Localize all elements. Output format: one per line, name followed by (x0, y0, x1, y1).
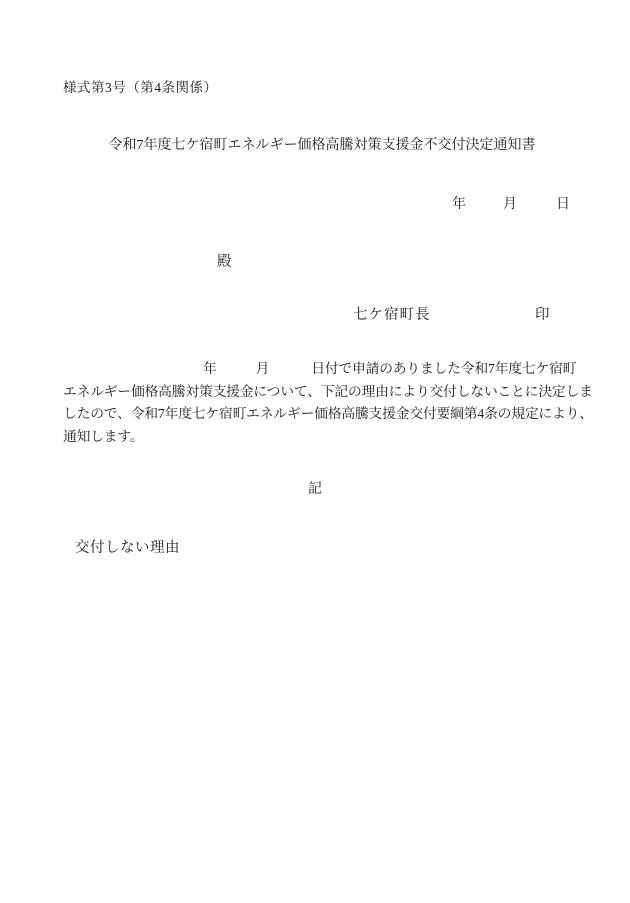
date-line: 年月日 (452, 193, 570, 213)
sender-title: 七ケ宿町長 (353, 307, 431, 323)
body-line-1: 年月日付で申請のありました令和7年度七ケ宿町 (63, 358, 575, 381)
document-title: 令和7年度七ケ宿町エネルギー価格高騰対策支援金不交付決定通知書 (0, 134, 630, 154)
body-year-label: 年 (203, 361, 217, 376)
document-page: 様式第3号（第4条関係） 令和7年度七ケ宿町エネルギー価格高騰対策支援金不交付決… (0, 0, 630, 903)
form-number: 様式第3号（第4条関係） (63, 76, 218, 96)
body-line-4: 通知します。 (63, 426, 575, 449)
body-paragraph: 年月日付で申請のありました令和7年度七ケ宿町 エネルギー価格高騰対策支援金につい… (63, 358, 575, 448)
sender-line: 七ケ宿町長 印 (353, 303, 431, 324)
seal-label: 印 (535, 303, 550, 324)
date-year-label: 年 (452, 197, 466, 212)
addressee-honorific: 殿 (217, 250, 232, 271)
section-marker: 記 (0, 478, 630, 498)
reason-heading: 交付しない理由 (75, 536, 180, 557)
body-line-1-text: 日付で申請のありました令和7年度七ケ宿町 (311, 361, 576, 376)
body-line-2: エネルギー価格高騰対策支援金について、下記の理由により交付しないことに決定しま (63, 381, 575, 404)
body-line-3: したので、令和7年度七ケ宿町エネルギー価格高騰支援金交付要綱第4条の規定により、 (63, 403, 575, 426)
body-month-label: 月 (256, 361, 270, 376)
date-day-label: 日 (556, 197, 570, 212)
date-month-label: 月 (503, 197, 517, 212)
